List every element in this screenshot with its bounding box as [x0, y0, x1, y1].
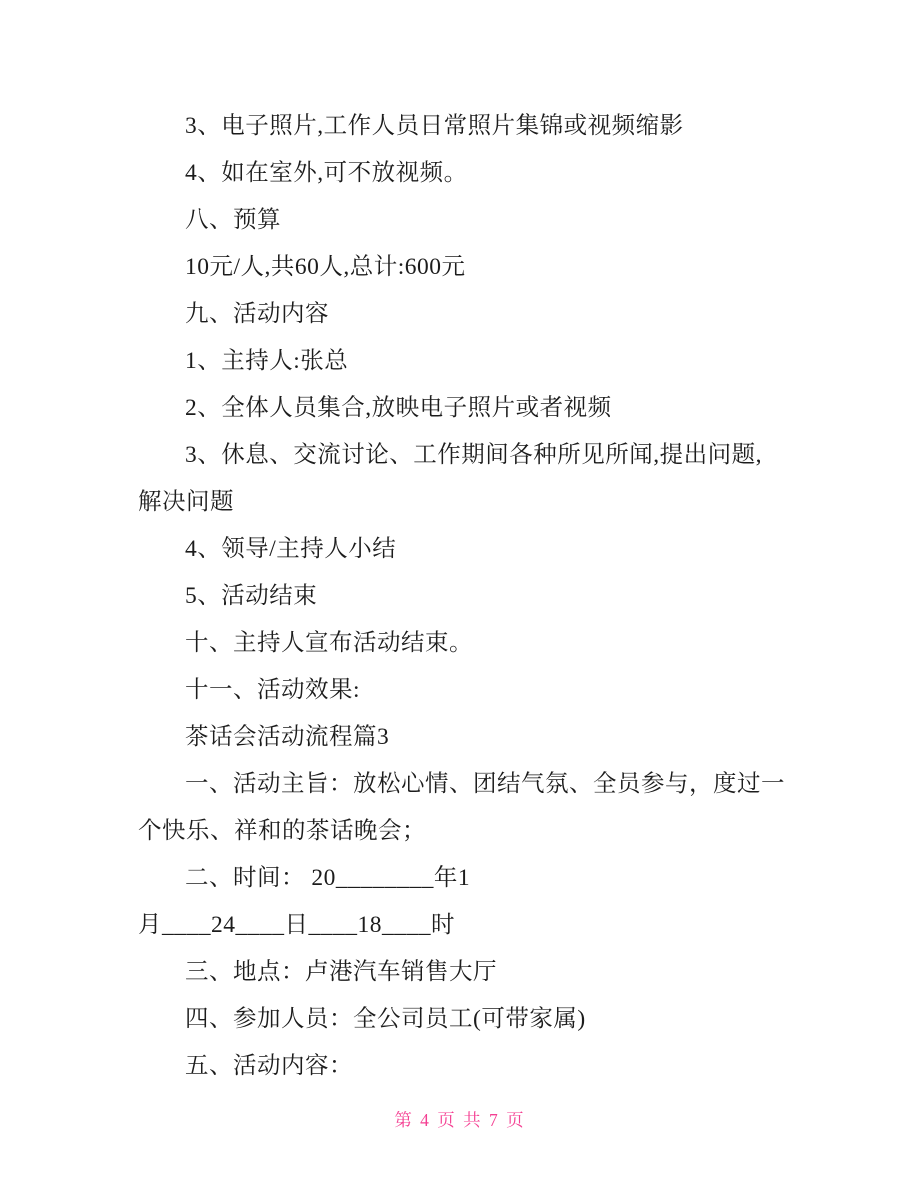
document-page: 3、电子照片,工作人员日常照片集锦或视频缩影 4、如在室外,可不放视频。 八、预…	[0, 0, 920, 1191]
document-line: 一、活动主旨：放松心情、团结气氛、全员参与，度过一	[138, 761, 790, 808]
page-number-footer: 第 4 页 共 7 页	[0, 1106, 920, 1134]
document-line: 十一、活动效果:	[138, 667, 790, 714]
document-line: 九、活动内容	[138, 291, 790, 338]
document-line: 1、主持人:张总	[138, 338, 790, 385]
document-line: 4、领导/主持人小结	[138, 526, 790, 573]
document-line: 3、休息、交流讨论、工作期间各种所见所闻,提出问题,	[138, 432, 790, 479]
document-line: 3、电子照片,工作人员日常照片集锦或视频缩影	[138, 103, 790, 150]
document-line: 个快乐、祥和的茶话晚会；	[138, 808, 790, 855]
document-line: 五、活动内容：	[138, 1043, 790, 1090]
document-line: 月____24____日____18____时	[138, 902, 790, 949]
document-line: 解决问题	[138, 479, 790, 526]
document-line: 三、地点：卢港汽车销售大厅	[138, 949, 790, 996]
document-line: 4、如在室外,可不放视频。	[138, 150, 790, 197]
document-line: 二、时间： 20________年1	[138, 855, 790, 902]
document-line: 十、主持人宣布活动结束。	[138, 620, 790, 667]
document-body: 3、电子照片,工作人员日常照片集锦或视频缩影 4、如在室外,可不放视频。 八、预…	[138, 103, 790, 1090]
document-line: 八、预算	[138, 197, 790, 244]
document-section-heading: 茶话会活动流程篇3	[138, 714, 790, 761]
document-line: 10元/人,共60人,总计:600元	[138, 244, 790, 291]
document-line: 2、全体人员集合,放映电子照片或者视频	[138, 385, 790, 432]
document-line: 四、参加人员：全公司员工(可带家属)	[138, 996, 790, 1043]
document-line: 5、活动结束	[138, 573, 790, 620]
